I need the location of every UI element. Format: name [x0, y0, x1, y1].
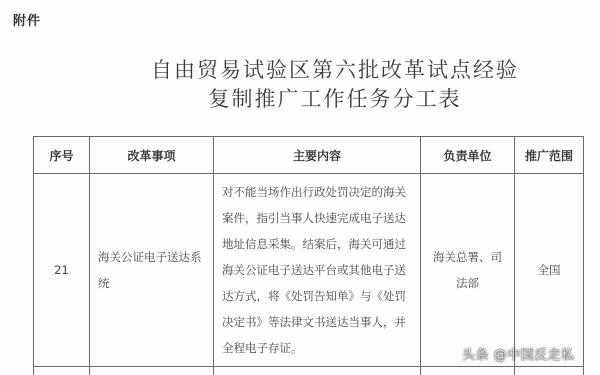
document-title: 自由贸易试验区第六批改革试点经验 复制推广工作任务分工表: [0, 56, 600, 114]
cell-main-content: 对不能当场作出行政处罚决定的海关案件，指引当事人快速完成电子送达地址信息采集。结…: [214, 174, 421, 367]
header-responsible-unit: 负责单位: [421, 137, 515, 174]
cell-seq: 21: [34, 174, 90, 367]
table-header-row: 序号 改革事项 主要内容 负责单位 推广范围: [34, 137, 584, 174]
table-row-partial: [34, 367, 584, 375]
header-seq: 序号: [34, 137, 90, 174]
cell-reform-item: 海关公证电子送达系统: [90, 174, 214, 367]
cell-empty: [515, 367, 584, 375]
attachment-label: 附件: [13, 10, 41, 29]
table-row: 21 海关公证电子送达系统 对不能当场作出行政处罚决定的海关案件，指引当事人快速…: [34, 174, 584, 367]
header-scope: 推广范围: [515, 137, 584, 174]
header-main-content: 主要内容: [214, 137, 421, 174]
cell-empty: [34, 367, 90, 375]
cell-scope: 全国: [515, 174, 584, 367]
title-line-2: 复制推广工作任务分工表: [70, 85, 600, 114]
title-line-1: 自由贸易试验区第六批改革试点经验: [70, 56, 600, 85]
task-division-table: 序号 改革事项 主要内容 负责单位 推广范围 21 海关公证电子送达系统 对不能…: [33, 136, 584, 375]
cell-empty: [421, 367, 515, 375]
source-watermark: 头条 @中国反走私: [462, 344, 575, 363]
cell-empty: [214, 367, 421, 375]
cell-responsible-unit: 海关总署、司法部: [421, 174, 515, 367]
header-reform-item: 改革事项: [90, 137, 214, 174]
cell-empty: [90, 367, 214, 375]
